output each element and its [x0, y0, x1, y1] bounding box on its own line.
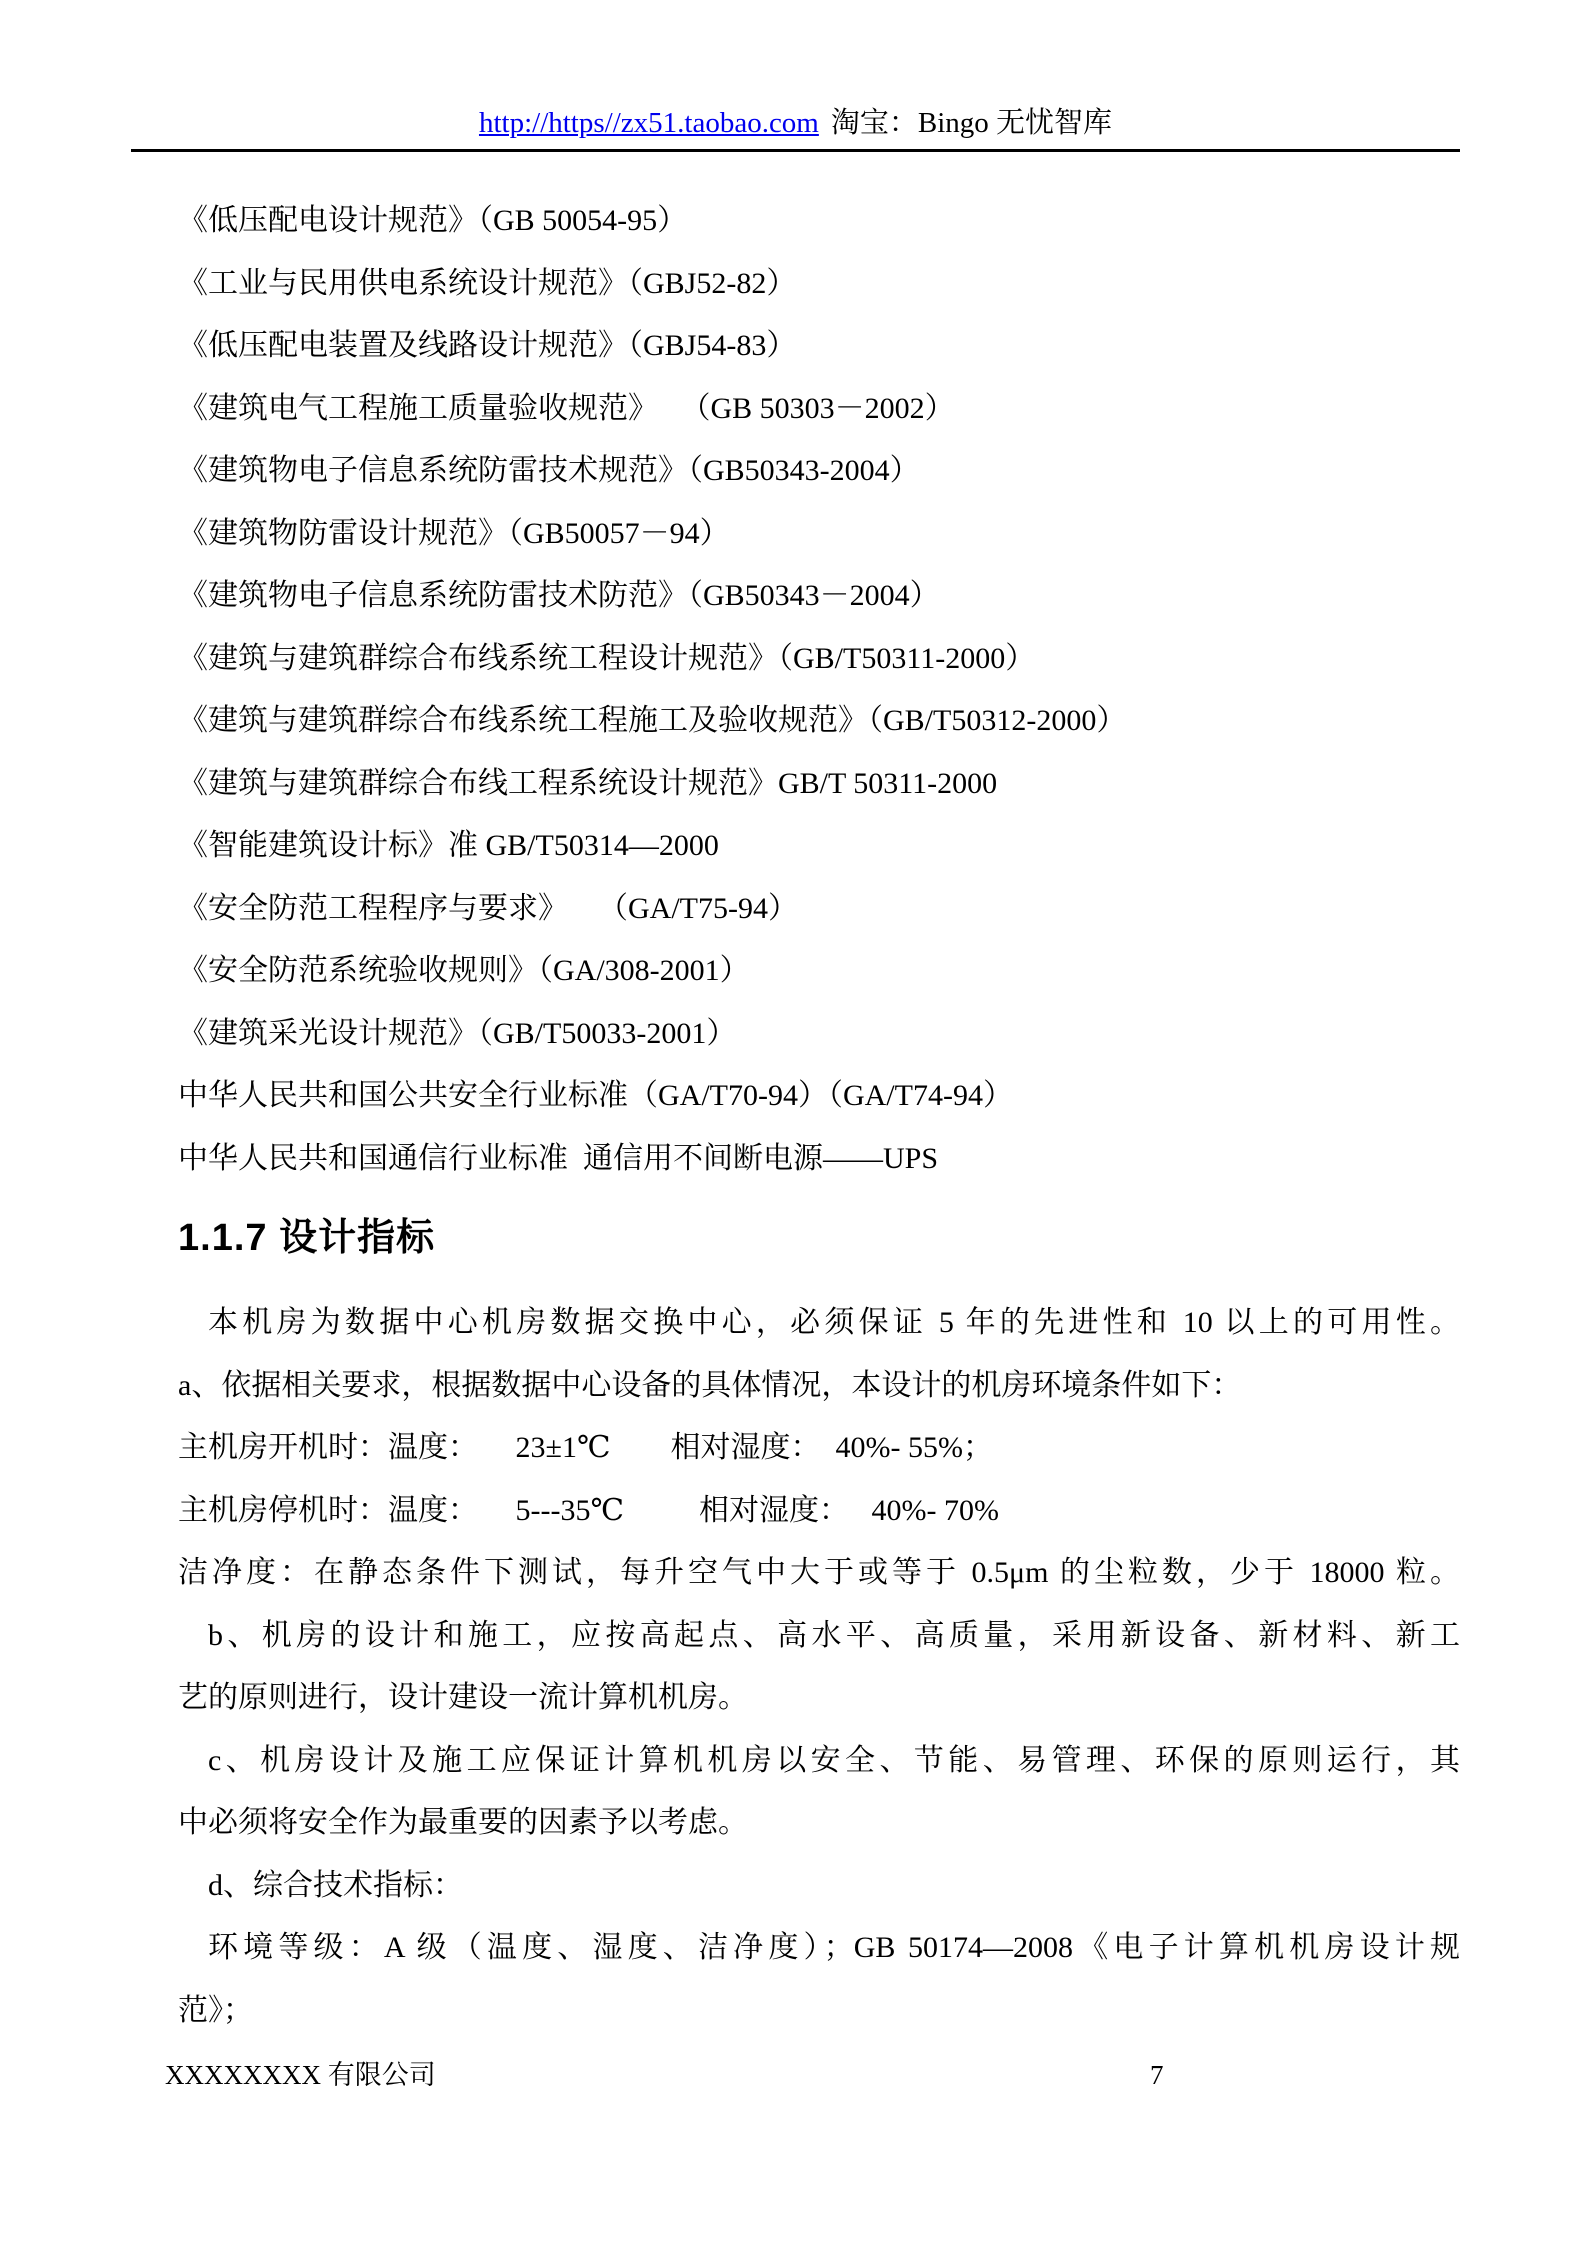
standard-item: 《建筑与建筑群综合布线工程系统设计规范》GB/T 50311-2000 — [178, 753, 1460, 816]
paragraph-line: 中必须将安全作为最重要的因素予以考虑。 — [178, 1792, 1460, 1855]
standard-item: 《智能建筑设计标》准 GB/T50314—2000 — [178, 815, 1460, 878]
paragraph-line: d、综合技术指标： — [178, 1855, 1460, 1918]
standard-item: 《建筑物防雷设计规范》（GB50057－94） — [178, 503, 1460, 566]
paragraph-line: 主机房停机时：温度： 5---35℃ 相对湿度： 40%- 70% — [178, 1480, 1460, 1543]
standard-item: 《建筑与建筑群综合布线系统工程设计规范》（GB/T50311-2000） — [178, 628, 1460, 691]
standard-item: 《安全防范工程程序与要求》 （GA/T75-94） — [178, 878, 1460, 941]
document-page: http://https//zx51.taobao.com淘宝：Bingo 无忧… — [0, 0, 1587, 2245]
paragraph-line: b、机房的设计和施工，应按高起点、高水平、高质量，采用新设备、新材料、新工 — [178, 1605, 1460, 1668]
standard-item: 《低压配电装置及线路设计规范》（GBJ54-83） — [178, 315, 1460, 378]
paragraph-line: 洁净度：在静态条件下测试，每升空气中大于或等于 0.5μm 的尘粒数，少于 18… — [178, 1542, 1460, 1605]
paragraph-line: 艺的原则进行，设计建设一流计算机机房。 — [178, 1667, 1460, 1730]
paragraph-line: a、依据相关要求，根据数据中心设备的具体情况，本设计的机房环境条件如下： — [178, 1355, 1460, 1418]
section-heading: 1.1.7 设计指标 — [178, 1198, 1460, 1278]
header-url-link[interactable]: http://https//zx51.taobao.com — [479, 107, 819, 139]
standard-item: 《建筑采光设计规范》（GB/T50033-2001） — [178, 1003, 1460, 1066]
page-body: 《低压配电设计规范》（GB 50054-95） 《工业与民用供电系统设计规范》（… — [178, 190, 1460, 2042]
standard-item: 中华人民共和国通信行业标准 通信用不间断电源——UPS — [178, 1128, 1460, 1191]
standard-item: 《安全防范系统验收规则》（GA/308-2001） — [178, 940, 1460, 1003]
page-number: 7 — [1150, 2058, 1164, 2092]
paragraph-line: 本机房为数据中心机房数据交换中心，必须保证 5 年的先进性和 10 以上的可用性… — [178, 1292, 1460, 1355]
standards-list: 《低压配电设计规范》（GB 50054-95） 《工业与民用供电系统设计规范》（… — [178, 190, 1460, 1190]
paragraph-line: 主机房开机时：温度： 23±1℃ 相对湿度： 40%- 55%； — [178, 1417, 1460, 1480]
header-site-label: 淘宝：Bingo 无忧智库 — [831, 107, 1112, 139]
footer-company: XXXXXXXX 有限公司 — [165, 2060, 436, 2090]
standard-item: 中华人民共和国公共安全行业标准（GA/T70-94）（GA/T74-94） — [178, 1065, 1460, 1128]
page-footer: XXXXXXXX 有限公司 7 — [165, 2058, 1460, 2092]
page-header: http://https//zx51.taobao.com淘宝：Bingo 无忧… — [131, 105, 1460, 152]
standard-item: 《建筑物电子信息系统防雷技术防范》（GB50343－2004） — [178, 565, 1460, 628]
standard-item: 《建筑电气工程施工质量验收规范》 （GB 50303－2002） — [178, 378, 1460, 441]
standard-item: 《建筑物电子信息系统防雷技术规范》（GB50343-2004） — [178, 440, 1460, 503]
standard-item: 《工业与民用供电系统设计规范》（GBJ52-82） — [178, 253, 1460, 316]
standard-item: 《低压配电设计规范》（GB 50054-95） — [178, 190, 1460, 253]
standard-item: 《建筑与建筑群综合布线系统工程施工及验收规范》（GB/T50312-2000） — [178, 690, 1460, 753]
paragraph-line: 环境等级：A 级（温度、湿度、洁净度）；GB 50174—2008《电子计算机机… — [178, 1917, 1460, 1980]
design-criteria-paragraphs: 本机房为数据中心机房数据交换中心，必须保证 5 年的先进性和 10 以上的可用性… — [178, 1292, 1460, 2042]
paragraph-line: c、机房设计及施工应保证计算机机房以安全、节能、易管理、环保的原则运行，其 — [178, 1730, 1460, 1793]
paragraph-line: 范》； — [178, 1980, 1460, 2043]
